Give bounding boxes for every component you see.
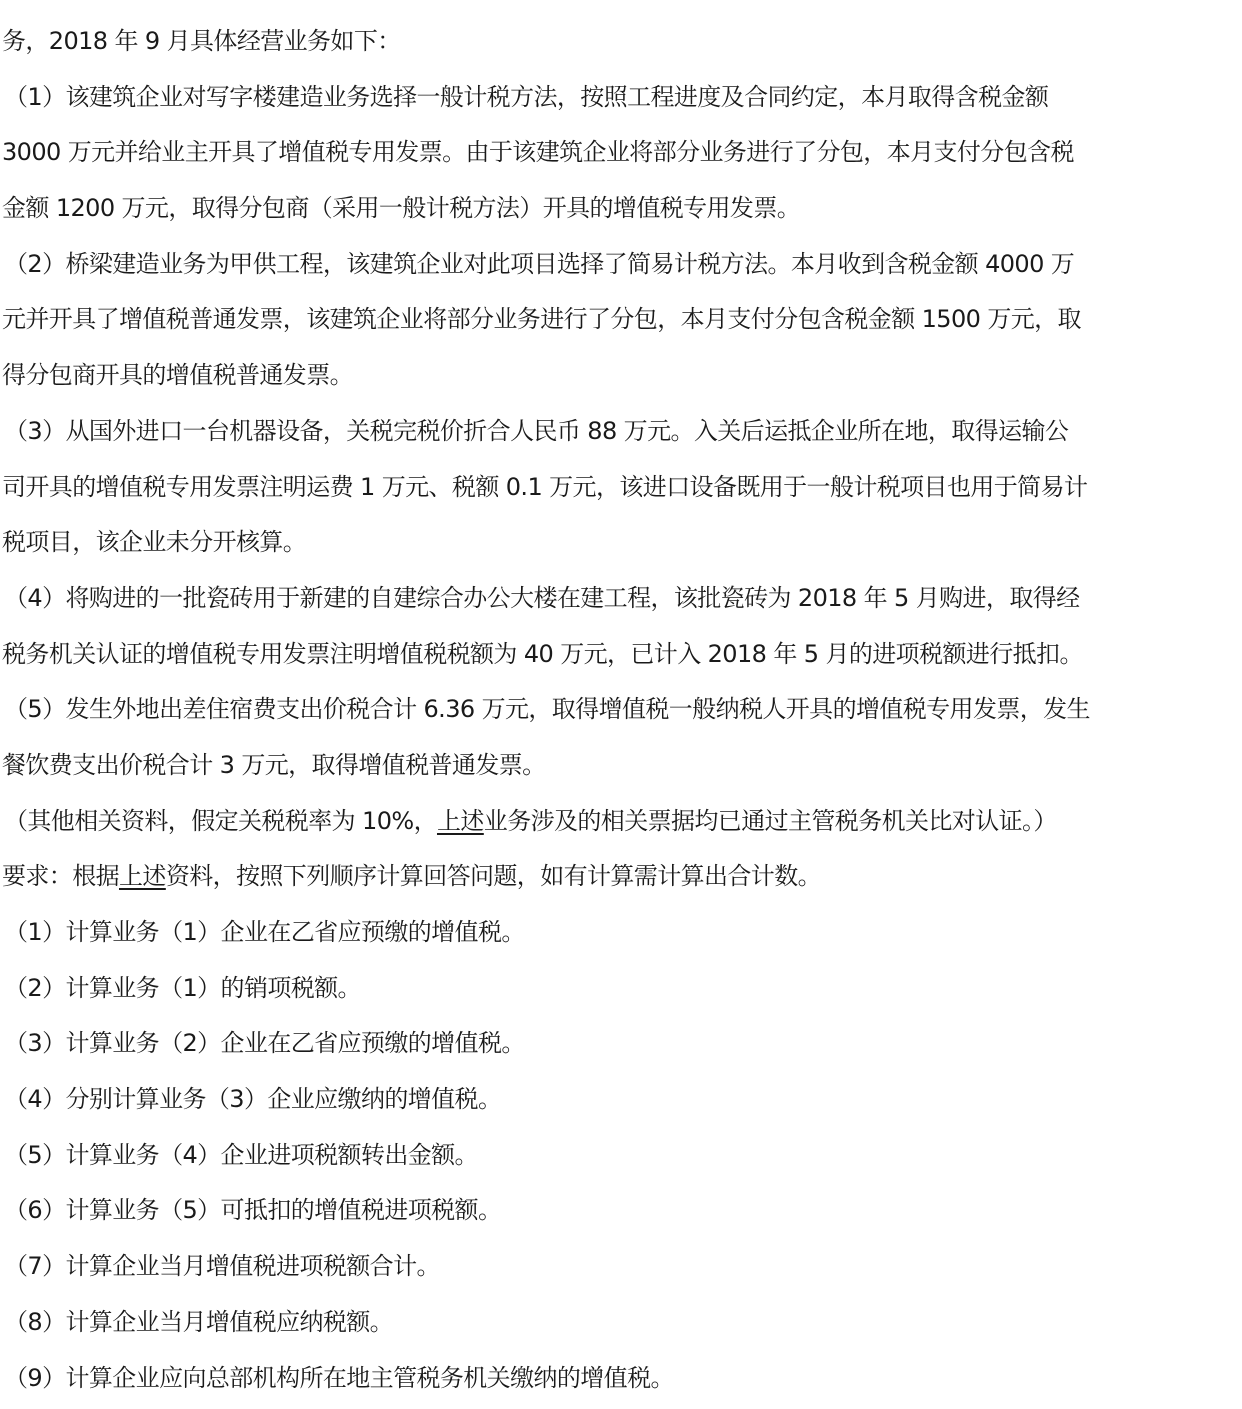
intro-line: 务，2018 年 9 月具体经营业务如下： (0, 14, 1242, 70)
question-item-5: （5）计算业务（4）企业进项税额转出金额。 (0, 1128, 1242, 1184)
business-item-4: （4）将购进的一批瓷砖用于新建的自建综合办公大楼在建工程，该批瓷砖为 2018 … (0, 571, 1242, 682)
business-3-line-3: 税项目，该企业未分开核算。 (0, 515, 1242, 571)
requirement-line: 要求：根据上述资料，按照下列顺序计算回答问题，如有计算需计算出合计数。 (0, 849, 1242, 905)
requirement-text-after: 资料，按照下列顺序计算回答问题，如有计算需计算出合计数。 (166, 862, 821, 890)
business-2-line-2: 元并开具了增值税普通发票，该建筑企业将部分业务进行了分包，本月支付分包含税金额 … (0, 292, 1242, 348)
question-item-7: （7）计算企业当月增值税进项税额合计。 (0, 1239, 1242, 1295)
question-item-1: （1）计算业务（1）企业在乙省应预缴的增值税。 (0, 905, 1242, 961)
business-4-line-2: 税务机关认证的增值税专用发票注明增值税税额为 40 万元，已计入 2018 年 … (0, 627, 1242, 683)
question-item-2: （2）计算业务（1）的销项税额。 (0, 961, 1242, 1017)
question-item-6: （6）计算业务（5）可抵扣的增值税进项税额。 (0, 1183, 1242, 1239)
business-2-line-3: 得分包商开具的增值税普通发票。 (0, 348, 1242, 404)
business-1-line-3: 金额 1200 万元，取得分包商（采用一般计税方法）开具的增值税专用发票。 (0, 181, 1242, 237)
business-item-2: （2）桥梁建造业务为甲供工程，该建筑企业对此项目选择了简易计税方法。本月收到含税… (0, 237, 1242, 404)
business-2-line-1: （2）桥梁建造业务为甲供工程，该建筑企业对此项目选择了简易计税方法。本月收到含税… (0, 237, 1242, 293)
note-underlined-text: 上述 (437, 807, 484, 835)
question-item-9: （9）计算企业应向总部机构所在地主管税务机关缴纳的增值税。 (0, 1351, 1242, 1407)
business-5-line-1: （5）发生外地出差住宿费支出价税合计 6.36 万元，取得增值税一般纳税人开具的… (0, 682, 1242, 738)
business-item-3: （3）从国外进口一台机器设备，关税完税价折合人民币 88 万元。入关后运抵企业所… (0, 404, 1242, 571)
supplementary-note: （其他相关资料，假定关税税率为 10%，上述业务涉及的相关票据均已通过主管税务机… (0, 794, 1242, 850)
business-item-5: （5）发生外地出差住宿费支出价税合计 6.36 万元，取得增值税一般纳税人开具的… (0, 682, 1242, 793)
business-3-line-1: （3）从国外进口一台机器设备，关税完税价折合人民币 88 万元。入关后运抵企业所… (0, 404, 1242, 460)
business-3-line-2: 司开具的增值税专用发票注明运费 1 万元、税额 0.1 万元，该进口设备既用于一… (0, 460, 1242, 516)
requirement-underlined-text: 上述 (119, 862, 166, 890)
question-item-8: （8）计算企业当月增值税应纳税额。 (0, 1295, 1242, 1351)
business-1-line-1: （1）该建筑企业对写字楼建造业务选择一般计税方法，按照工程进度及合同约定，本月取… (0, 70, 1242, 126)
requirement-text-before: 要求：根据 (2, 862, 119, 890)
question-item-4: （4）分别计算业务（3）企业应缴纳的增值税。 (0, 1072, 1242, 1128)
business-item-1: （1）该建筑企业对写字楼建造业务选择一般计税方法，按照工程进度及合同约定，本月取… (0, 70, 1242, 237)
business-5-line-2: 餐饮费支出价税合计 3 万元，取得增值税普通发票。 (0, 738, 1242, 794)
note-text-before: （其他相关资料，假定关税税率为 10%， (4, 807, 437, 835)
document-body: 务，2018 年 9 月具体经营业务如下： （1）该建筑企业对写字楼建造业务选择… (0, 14, 1242, 1406)
question-list: （1）计算业务（1）企业在乙省应预缴的增值税。 （2）计算业务（1）的销项税额。… (0, 905, 1242, 1406)
business-4-line-1: （4）将购进的一批瓷砖用于新建的自建综合办公大楼在建工程，该批瓷砖为 2018 … (0, 571, 1242, 627)
note-text-after: 业务涉及的相关票据均已通过主管税务机关比对认证。） (484, 807, 1057, 835)
question-item-3: （3）计算业务（2）企业在乙省应预缴的增值税。 (0, 1016, 1242, 1072)
business-1-line-2: 3000 万元并给业主开具了增值税专用发票。由于该建筑企业将部分业务进行了分包，… (0, 125, 1242, 181)
